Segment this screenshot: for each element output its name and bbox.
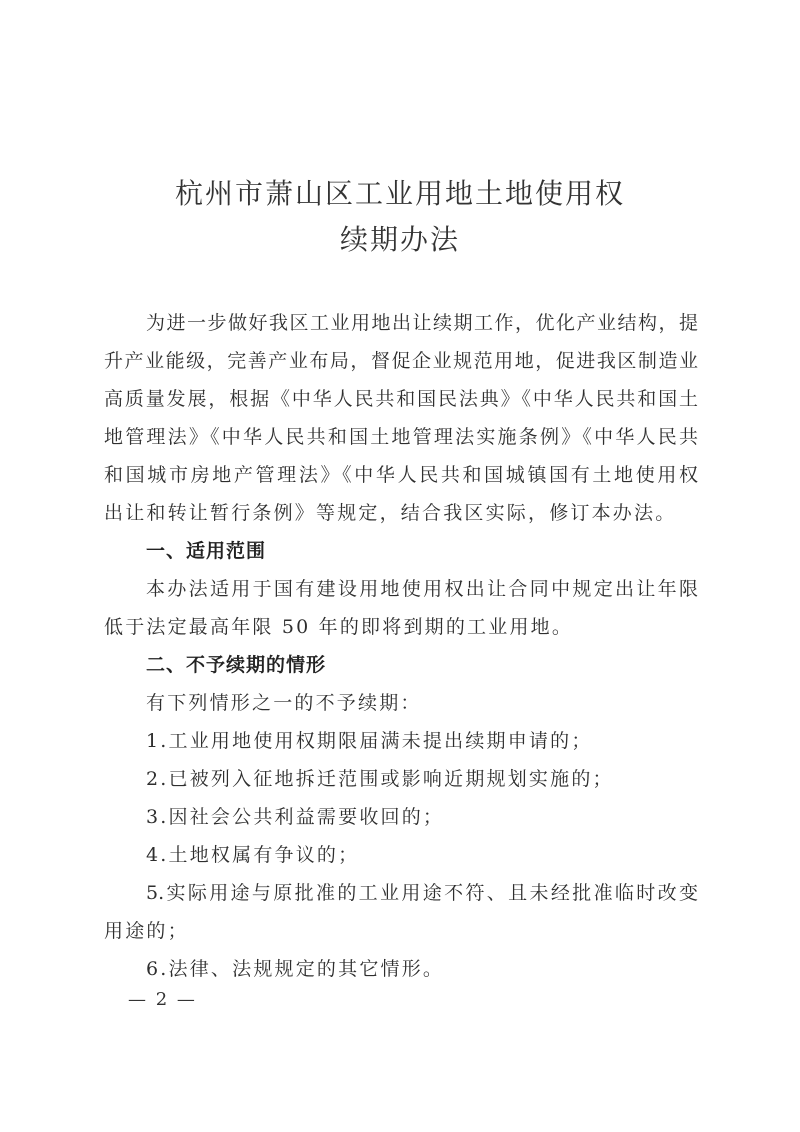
section-heading-scope: 一、适用范围	[104, 532, 698, 570]
preamble-line: 升产业能级，完善产业布局，督促企业规范用地，促进我区制造业	[104, 342, 698, 380]
list-item: 2.已被列入征地拆迁范围或影响近期规划实施的；	[104, 760, 698, 798]
section-heading-no-renewal: 二、不予续期的情形	[104, 646, 698, 684]
preamble-line: 为进一步做好我区工业用地出让续期工作，优化产业结构，提	[104, 304, 698, 342]
section-text-line: 低于法定最高年限 50 年的即将到期的工业用地。	[104, 608, 698, 646]
preamble-line: 和国城市房地产管理法》《中华人民共和国城镇国有土地使用权	[104, 456, 698, 494]
preamble-line: 地管理法》《中华人民共和国土地管理法实施条例》《中华人民共	[104, 418, 698, 456]
document-title-line2: 续期办法	[0, 218, 800, 258]
list-item: 5.实际用途与原批准的工业用途不符、且未经批准临时改变	[104, 874, 698, 912]
document-body: 为进一步做好我区工业用地出让续期工作，优化产业结构，提 升产业能级，完善产业布局…	[104, 304, 698, 988]
document-title-line1: 杭州市萧山区工业用地土地使用权	[0, 172, 800, 212]
list-item: 4.土地权属有争议的；	[104, 836, 698, 874]
preamble-line: 高质量发展，根据《中华人民共和国民法典》《中华人民共和国土	[104, 380, 698, 418]
section-text-line: 本办法适用于国有建设用地使用权出让合同中规定出让年限	[104, 570, 698, 608]
list-item: 1.工业用地使用权期限届满未提出续期申请的；	[104, 722, 698, 760]
list-item-continuation: 用途的；	[104, 912, 698, 950]
list-item: 3.因社会公共利益需要收回的；	[104, 798, 698, 836]
preamble-line: 出让和转让暂行条例》等规定，结合我区实际，修订本办法。	[104, 494, 698, 532]
document-page: 杭州市萧山区工业用地土地使用权 续期办法 为进一步做好我区工业用地出让续期工作，…	[0, 0, 800, 1132]
section-intro: 有下列情形之一的不予续期：	[104, 684, 698, 722]
list-item: 6.法律、法规规定的其它情形。	[104, 950, 698, 988]
page-number: — 2 —	[128, 989, 197, 1010]
